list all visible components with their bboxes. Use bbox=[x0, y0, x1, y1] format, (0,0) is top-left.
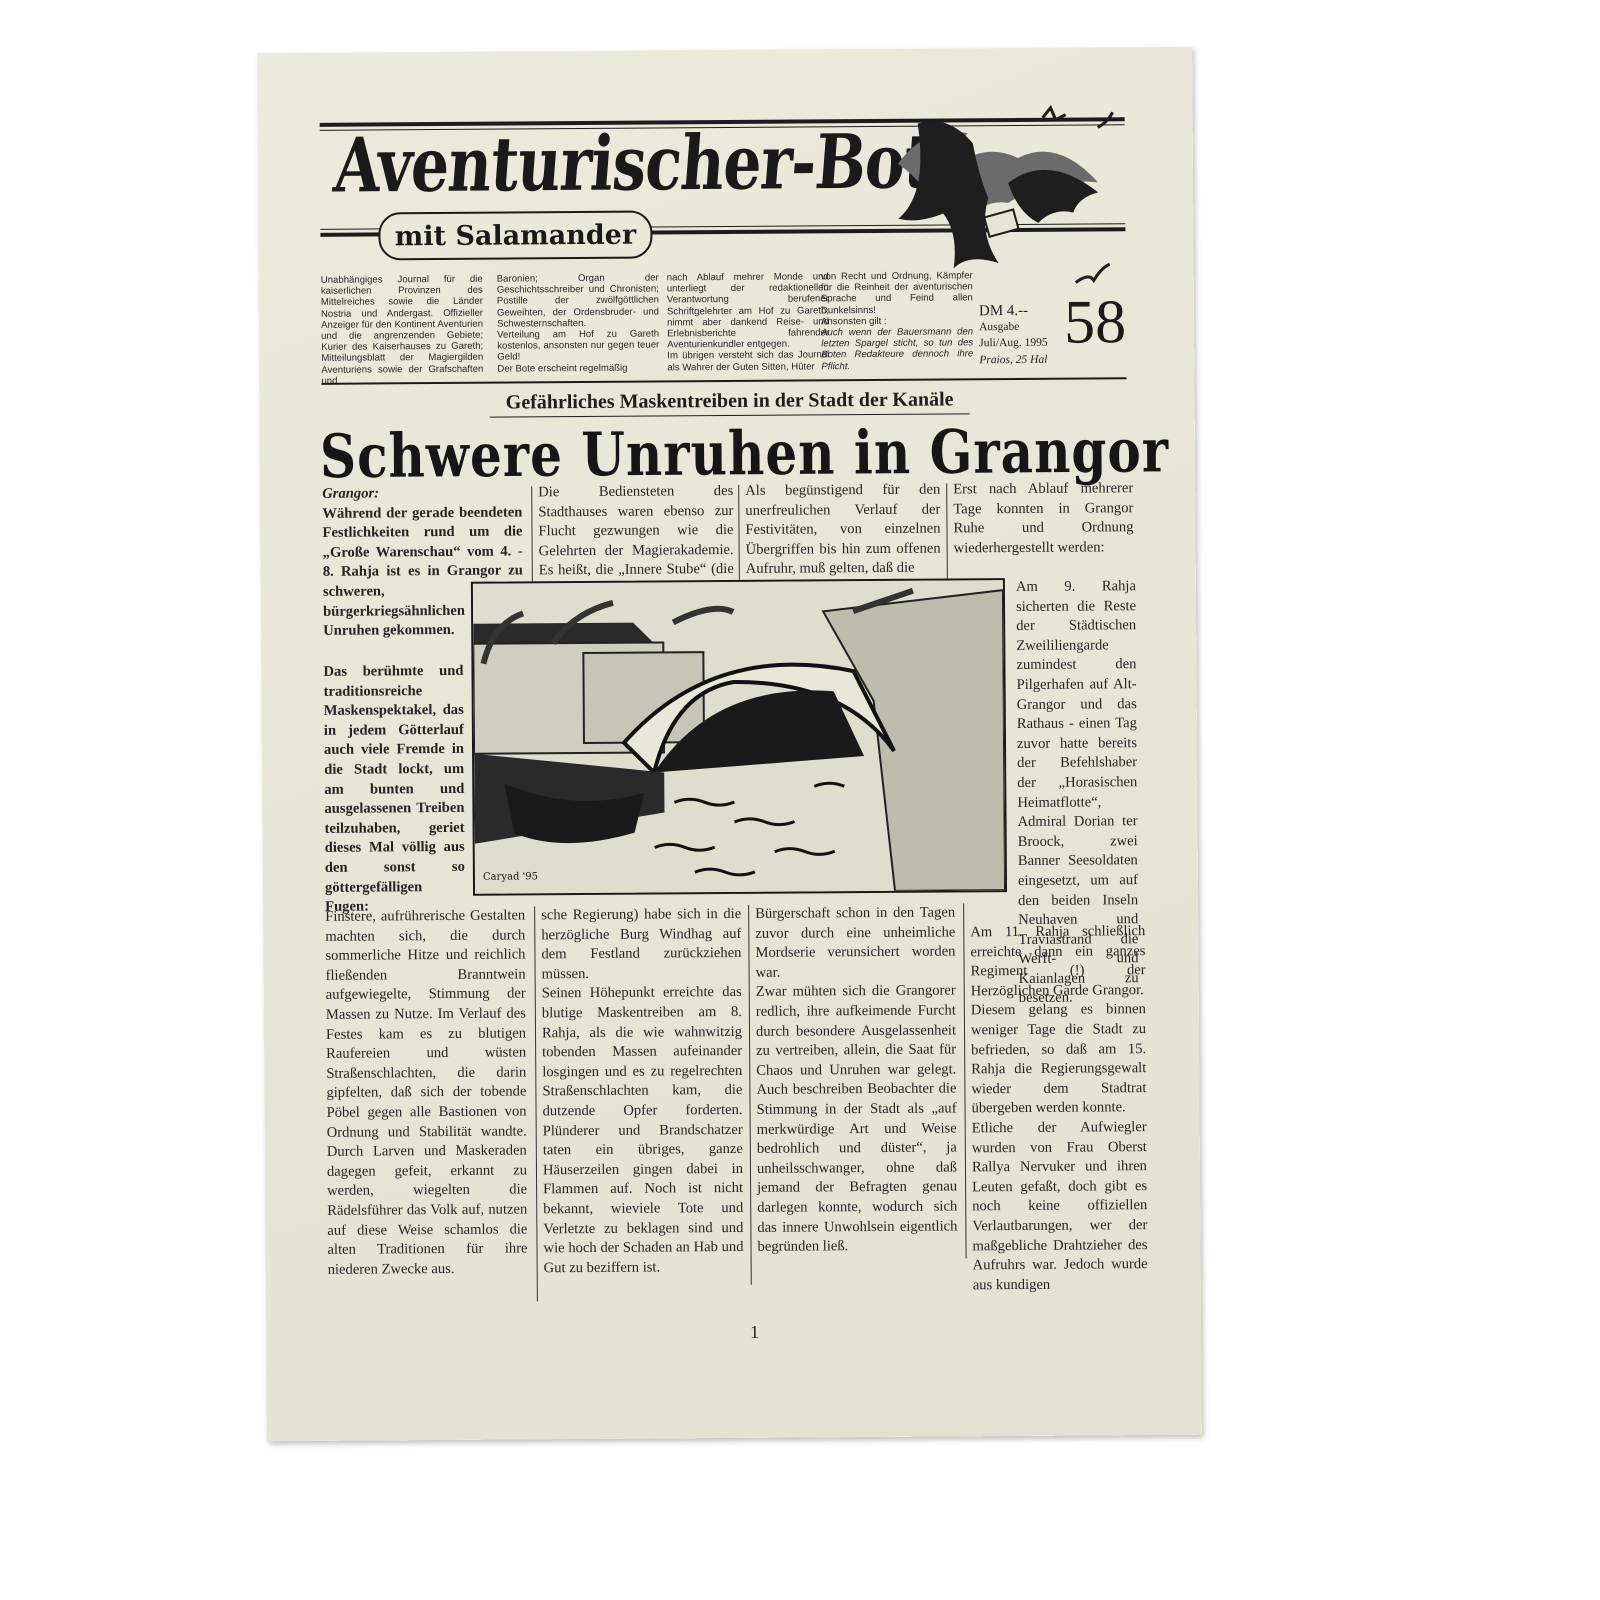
article-paragraph: Seinen Höhepunkt erreichte das blutige M… bbox=[542, 983, 744, 1278]
column-divider bbox=[946, 483, 948, 578]
imprint-motto: Auch wenn der Bauersmann den letzten Spa… bbox=[821, 326, 973, 372]
burning-canal-bridge-icon bbox=[473, 580, 1005, 894]
page-number: 1 bbox=[750, 1322, 759, 1343]
imprint-column-1: Unabhängiges Journal für die kaiserliche… bbox=[321, 274, 484, 387]
imprint-text: nach Ablauf mehrer Monde und unterliegt … bbox=[667, 271, 830, 351]
imprint-column-3: nach Ablauf mehrer Monde und unterliegt … bbox=[667, 271, 830, 373]
article-paragraph: Zwar mühten sich die Grangorer redlich, … bbox=[756, 982, 958, 1258]
imprint-text: von Recht und Ordnung, Kämpfer für die R… bbox=[821, 270, 973, 316]
imprint-text: Der Bote erscheint regelmäßig bbox=[497, 362, 659, 374]
article-paragraph: Am 11. Rahja schließlich erreichte dann … bbox=[970, 922, 1146, 1002]
imprint-text: Baronien; Organ der Geschichtsschreiber … bbox=[497, 272, 659, 329]
issue-label: Ausgabe bbox=[979, 321, 1019, 333]
imprint-column-4: von Recht und Ordnung, Kämpfer für die R… bbox=[821, 270, 974, 372]
column-divider bbox=[534, 906, 538, 1301]
canal-illustration: Caryad '95 bbox=[471, 578, 1007, 896]
illustration-signature: Caryad '95 bbox=[483, 871, 538, 882]
article-paragraph: Finstere, aufrührerische Gestalten macht… bbox=[325, 906, 528, 1280]
issue-calendar-date: Praios, 25 Hal bbox=[979, 354, 1047, 366]
article-paragraph: sche Regierung) habe sich in die herzögl… bbox=[541, 905, 742, 985]
article-column-2-bottom: sche Regierung) habe sich in die herzögl… bbox=[541, 905, 744, 1279]
article-column-3-top: Als begünstigend für den unerfreulichen … bbox=[745, 481, 941, 580]
article-paragraph: Etliche der Aufwiegler wurden von Frau O… bbox=[972, 1118, 1148, 1296]
article-paragraph: Erst nach Ablauf mehrerer Tage konnten i… bbox=[953, 479, 1134, 559]
article-column-4-bottom: Am 11. Rahja schließlich erreichte dann … bbox=[970, 922, 1148, 1295]
article-paragraph: Als begünstigend für den unerfreulichen … bbox=[745, 481, 941, 580]
column-divider bbox=[738, 485, 740, 580]
masthead-subtitle: mit Salamander bbox=[378, 211, 652, 261]
issue-date: Juli/Aug. 1995 bbox=[979, 337, 1047, 349]
article-lead-continued: Das berühmte und traditionsreiche Masken… bbox=[323, 662, 465, 918]
article-column-4-top: Erst nach Ablauf mehrerer Tage konnten i… bbox=[953, 479, 1134, 559]
column-divider bbox=[531, 486, 533, 581]
article-column-3-bottom: Bürgerschaft schon in den Tagen zuvor du… bbox=[755, 903, 957, 1257]
column-divider bbox=[748, 905, 752, 1285]
imprint-text: Verteilung am Hof zu Gareth kostenlos, a… bbox=[497, 328, 659, 363]
small-bat-icon bbox=[1074, 262, 1114, 287]
article-column-1-body: Finstere, aufrührerische Gestalten macht… bbox=[325, 906, 528, 1280]
issue-number: 58 bbox=[1064, 291, 1126, 353]
imprint-text: Im übrigen versteht sich das Journal als… bbox=[667, 350, 829, 374]
article-paragraph: Diesem gelang es binnen weniger Tage die… bbox=[971, 1000, 1147, 1119]
imprint-text: Unabhängiges Journal für die kaiserliche… bbox=[321, 274, 484, 387]
bat-with-letter-icon bbox=[858, 102, 1129, 284]
column-divider bbox=[963, 903, 966, 1258]
issue-price: DM 4.-- bbox=[979, 303, 1028, 320]
article-paragraph: Bürgerschaft schon in den Tagen zuvor du… bbox=[755, 903, 956, 983]
imprint-column-2: Baronien; Organ der Geschichtsschreiber … bbox=[497, 272, 660, 374]
article-lead-2: Das berühmte und traditionsreiche Masken… bbox=[323, 662, 465, 918]
article-kicker: Gefährliches Maskentreiben in der Stadt … bbox=[490, 388, 970, 417]
article-dateline: Grangor: bbox=[322, 483, 522, 504]
newspaper-page: Aventurischer-Bote mit Salamander Unabhä… bbox=[257, 47, 1202, 1441]
